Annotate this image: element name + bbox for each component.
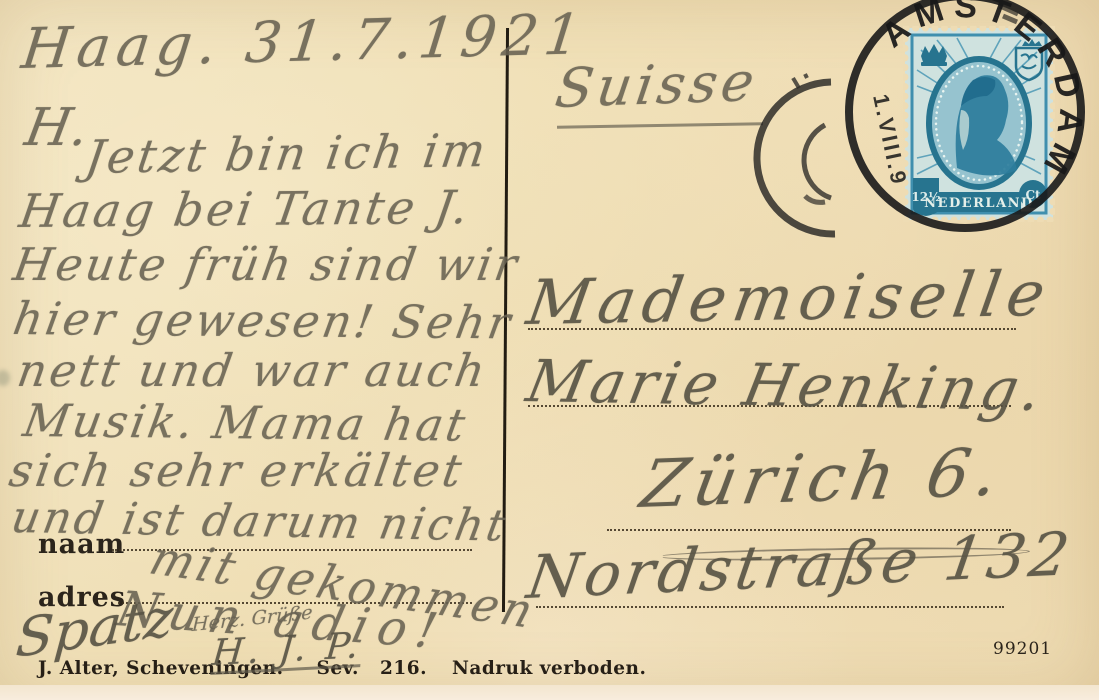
address-recipient-title: Mademoiselle — [523, 263, 1056, 334]
message-line: sich sehr erkältet — [6, 448, 467, 493]
postmark-date: 1.VIII.9 — [868, 92, 912, 189]
message-dateline: Haag. 31.7.1921 — [19, 7, 589, 78]
message-line: und ist darum nicht — [8, 496, 511, 549]
address-street: Nordstraße 132 — [523, 524, 1076, 608]
message-line: Jetzt bin ich im — [83, 127, 491, 180]
message-line: Haag bei Tante J. — [17, 184, 475, 234]
series-number: 216. — [380, 658, 427, 679]
message-line: hier gewesen! Sehr — [10, 296, 516, 345]
address-country: Suisse — [552, 55, 761, 116]
postmark-amsterdam: AMSTERDAM 1.VIII.9 — [745, 0, 1099, 248]
card-bottom-edge — [0, 685, 1099, 700]
address-recipient-name: Marie Henking. — [522, 352, 1049, 419]
message-line: Heute früh sind wir — [10, 242, 522, 287]
message-initial: H. — [21, 102, 92, 154]
ink-smudge — [0, 370, 10, 386]
message-line: Musik. Mama hat — [20, 398, 471, 448]
signature-initials: H. J. P. — [210, 628, 364, 675]
reprint-notice: Nadruk verboden. — [452, 658, 646, 679]
message-line: nett und war auch — [14, 348, 490, 393]
postcard-back: naam adres J. Alter, Scheveningen. Sev. … — [0, 0, 1099, 700]
serial-number: 99201 — [993, 639, 1052, 659]
address-city: Zürich 6. — [636, 440, 1009, 518]
country-underline — [557, 122, 763, 129]
